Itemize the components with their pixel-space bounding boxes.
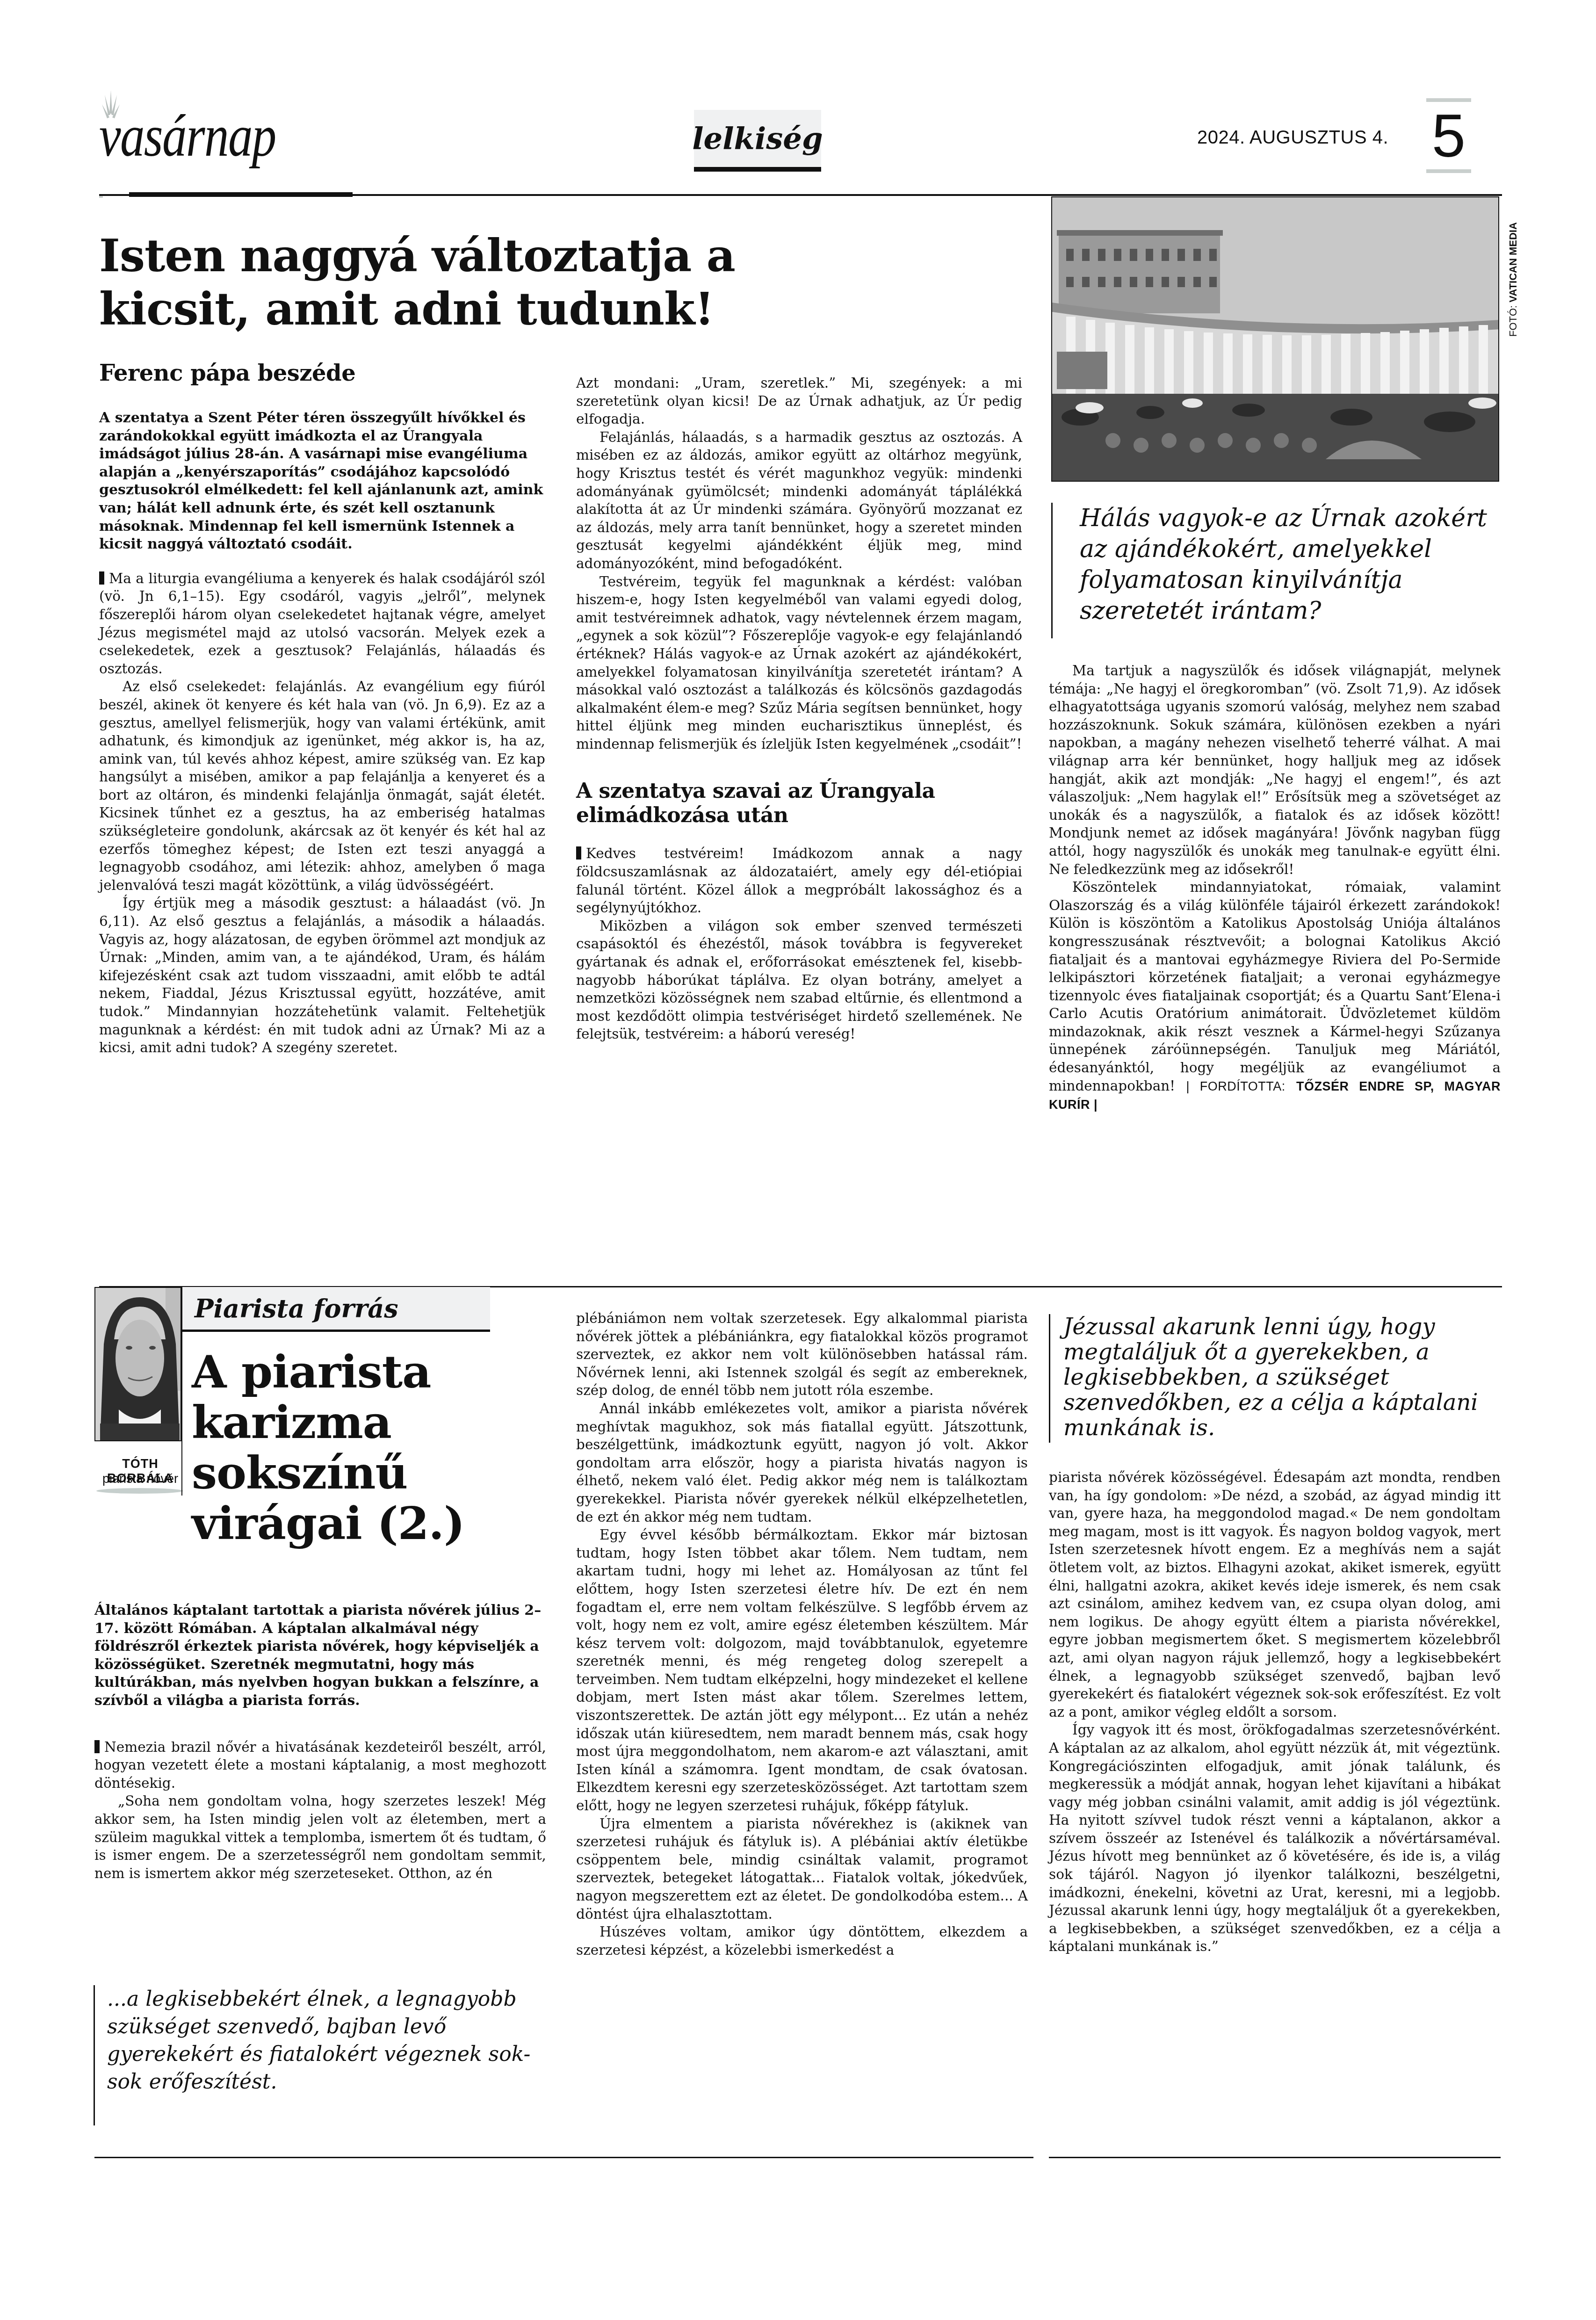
body-paragraph: plébániámon nem voltak szerzetesek. Egy … [576, 1309, 1028, 1400]
body-paragraph: Annál inkább emlékezetes volt, amikor a … [576, 1400, 1028, 1526]
logo-text: vasárnap [99, 101, 276, 171]
body-paragraph: Egy évvel később bérmálkoztam. Ekkor már… [576, 1526, 1028, 1815]
article-column-2: Azt mondani: „Uram, szeretlek.” Mi, szeg… [576, 374, 1022, 1043]
page-number-box: 5 [1426, 98, 1471, 173]
photo-illustration [1052, 197, 1499, 482]
translator-label: | FORDÍTOTTA: [1186, 1079, 1285, 1093]
article-byline: Ferenc pápa beszéde [99, 360, 355, 386]
body-paragraph: Így vagyok itt és most, örökfogadalmas s… [1049, 1721, 1501, 1956]
article-headline: A piarista karizma sokszínű virágai (2.) [192, 1347, 561, 1549]
article-column-3: Ma tartjuk a nagyszülők és idősek világn… [1049, 662, 1501, 1114]
body-paragraph: Így értjük meg a második gesztust: a hál… [99, 894, 545, 1056]
author-role: piarista nővér [98, 1472, 182, 1486]
author-caption-underline [96, 1488, 183, 1494]
body-paragraph: Újra elmentem a piarista nővérekhez is (… [576, 1815, 1028, 1923]
footer-divider [94, 2157, 1033, 2158]
newspaper-logo[interactable]: vasárnap [99, 101, 352, 171]
issue-date: 2024. AUGUSZTUS 4. [1197, 127, 1388, 148]
paragraph-marker-icon [99, 571, 104, 585]
body-paragraph: Az első cselekedet: felajánlás. Az evang… [99, 678, 545, 894]
article-column-1: A szentatya a Szent Péter téren összegyű… [99, 409, 545, 1057]
page-number: 5 [1432, 105, 1466, 166]
header-divider [99, 194, 1502, 196]
body-paragraph: Nemezia brazil nővér a hivatásának kezde… [94, 1738, 546, 1792]
body-paragraph: Ma a liturgia evangéliuma a kenyerek és … [99, 570, 545, 678]
subheading: A szentatya szavai az Úrangyala elimádko… [576, 779, 1022, 828]
column-name-tab[interactable]: Piarista forrás [181, 1287, 490, 1332]
author-portrait[interactable] [94, 1287, 181, 1441]
article-column-4: Általános káptalant tartottak a piarista… [94, 1602, 546, 1882]
paragraph-marker-icon [576, 846, 581, 860]
body-paragraph: Testvéreim, tegyük fel magunknak a kérdé… [576, 573, 1022, 753]
body-paragraph: „Soha nem gondoltam volna, hogy szerzete… [94, 1792, 546, 1882]
body-paragraph: Miközben a világon sok ember szenved ter… [576, 917, 1022, 1043]
body-paragraph: Azt mondani: „Uram, szeretlek.” Mi, szeg… [576, 374, 1022, 428]
article-headline: Isten naggyá változtatja a kicsit, amit … [99, 229, 894, 336]
footer-divider [1049, 2157, 1501, 2158]
pull-quote: ...a legkisebbekért élnek, a legnagyobb … [94, 1985, 542, 2125]
article-column-6: piarista nővérek közösségével. Édesapám … [1049, 1468, 1501, 1956]
photo-credit: FOTÓ: VATICAN MEDIA [1507, 196, 1519, 337]
portrait-illustration [95, 1288, 181, 1441]
body-paragraph: Ma tartjuk a nagyszülők és idősek világn… [1049, 662, 1501, 878]
body-paragraph: Köszöntelek mindannyiatokat, rómaiak, va… [1049, 878, 1501, 1114]
body-paragraph: Húszéves voltam, amikor úgy döntöttem, e… [576, 1923, 1028, 1959]
headline-side-rule [181, 1332, 182, 1496]
body-paragraph: Kedves testvéreim! Imádkozom annak a nag… [576, 845, 1022, 917]
article-lead: A szentatya a Szent Péter téren összegyű… [99, 409, 545, 554]
section-label: lelkiség [692, 121, 823, 156]
section-tab[interactable]: lelkiség [694, 110, 821, 172]
paragraph-marker-icon [94, 1740, 100, 1753]
body-paragraph: Felajánlás, hálaadás, s a harmadik geszt… [576, 428, 1022, 573]
column-name: Piarista forrás [195, 1294, 398, 1323]
body-paragraph: piarista nővérek közösségével. Édesapám … [1049, 1468, 1501, 1721]
pull-quote: Jézussal akarunk lenni úgy, hogy megtalá… [1049, 1314, 1501, 1443]
article-column-5: plébániámon nem voltak szerzetesek. Egy … [576, 1309, 1028, 1959]
st-peters-square-photo[interactable] [1051, 196, 1499, 482]
pull-quote: Hálás vagyok-e az Úrnak azokért az ajánd… [1051, 503, 1500, 638]
article-lead: Általános káptalant tartottak a piarista… [94, 1602, 546, 1710]
